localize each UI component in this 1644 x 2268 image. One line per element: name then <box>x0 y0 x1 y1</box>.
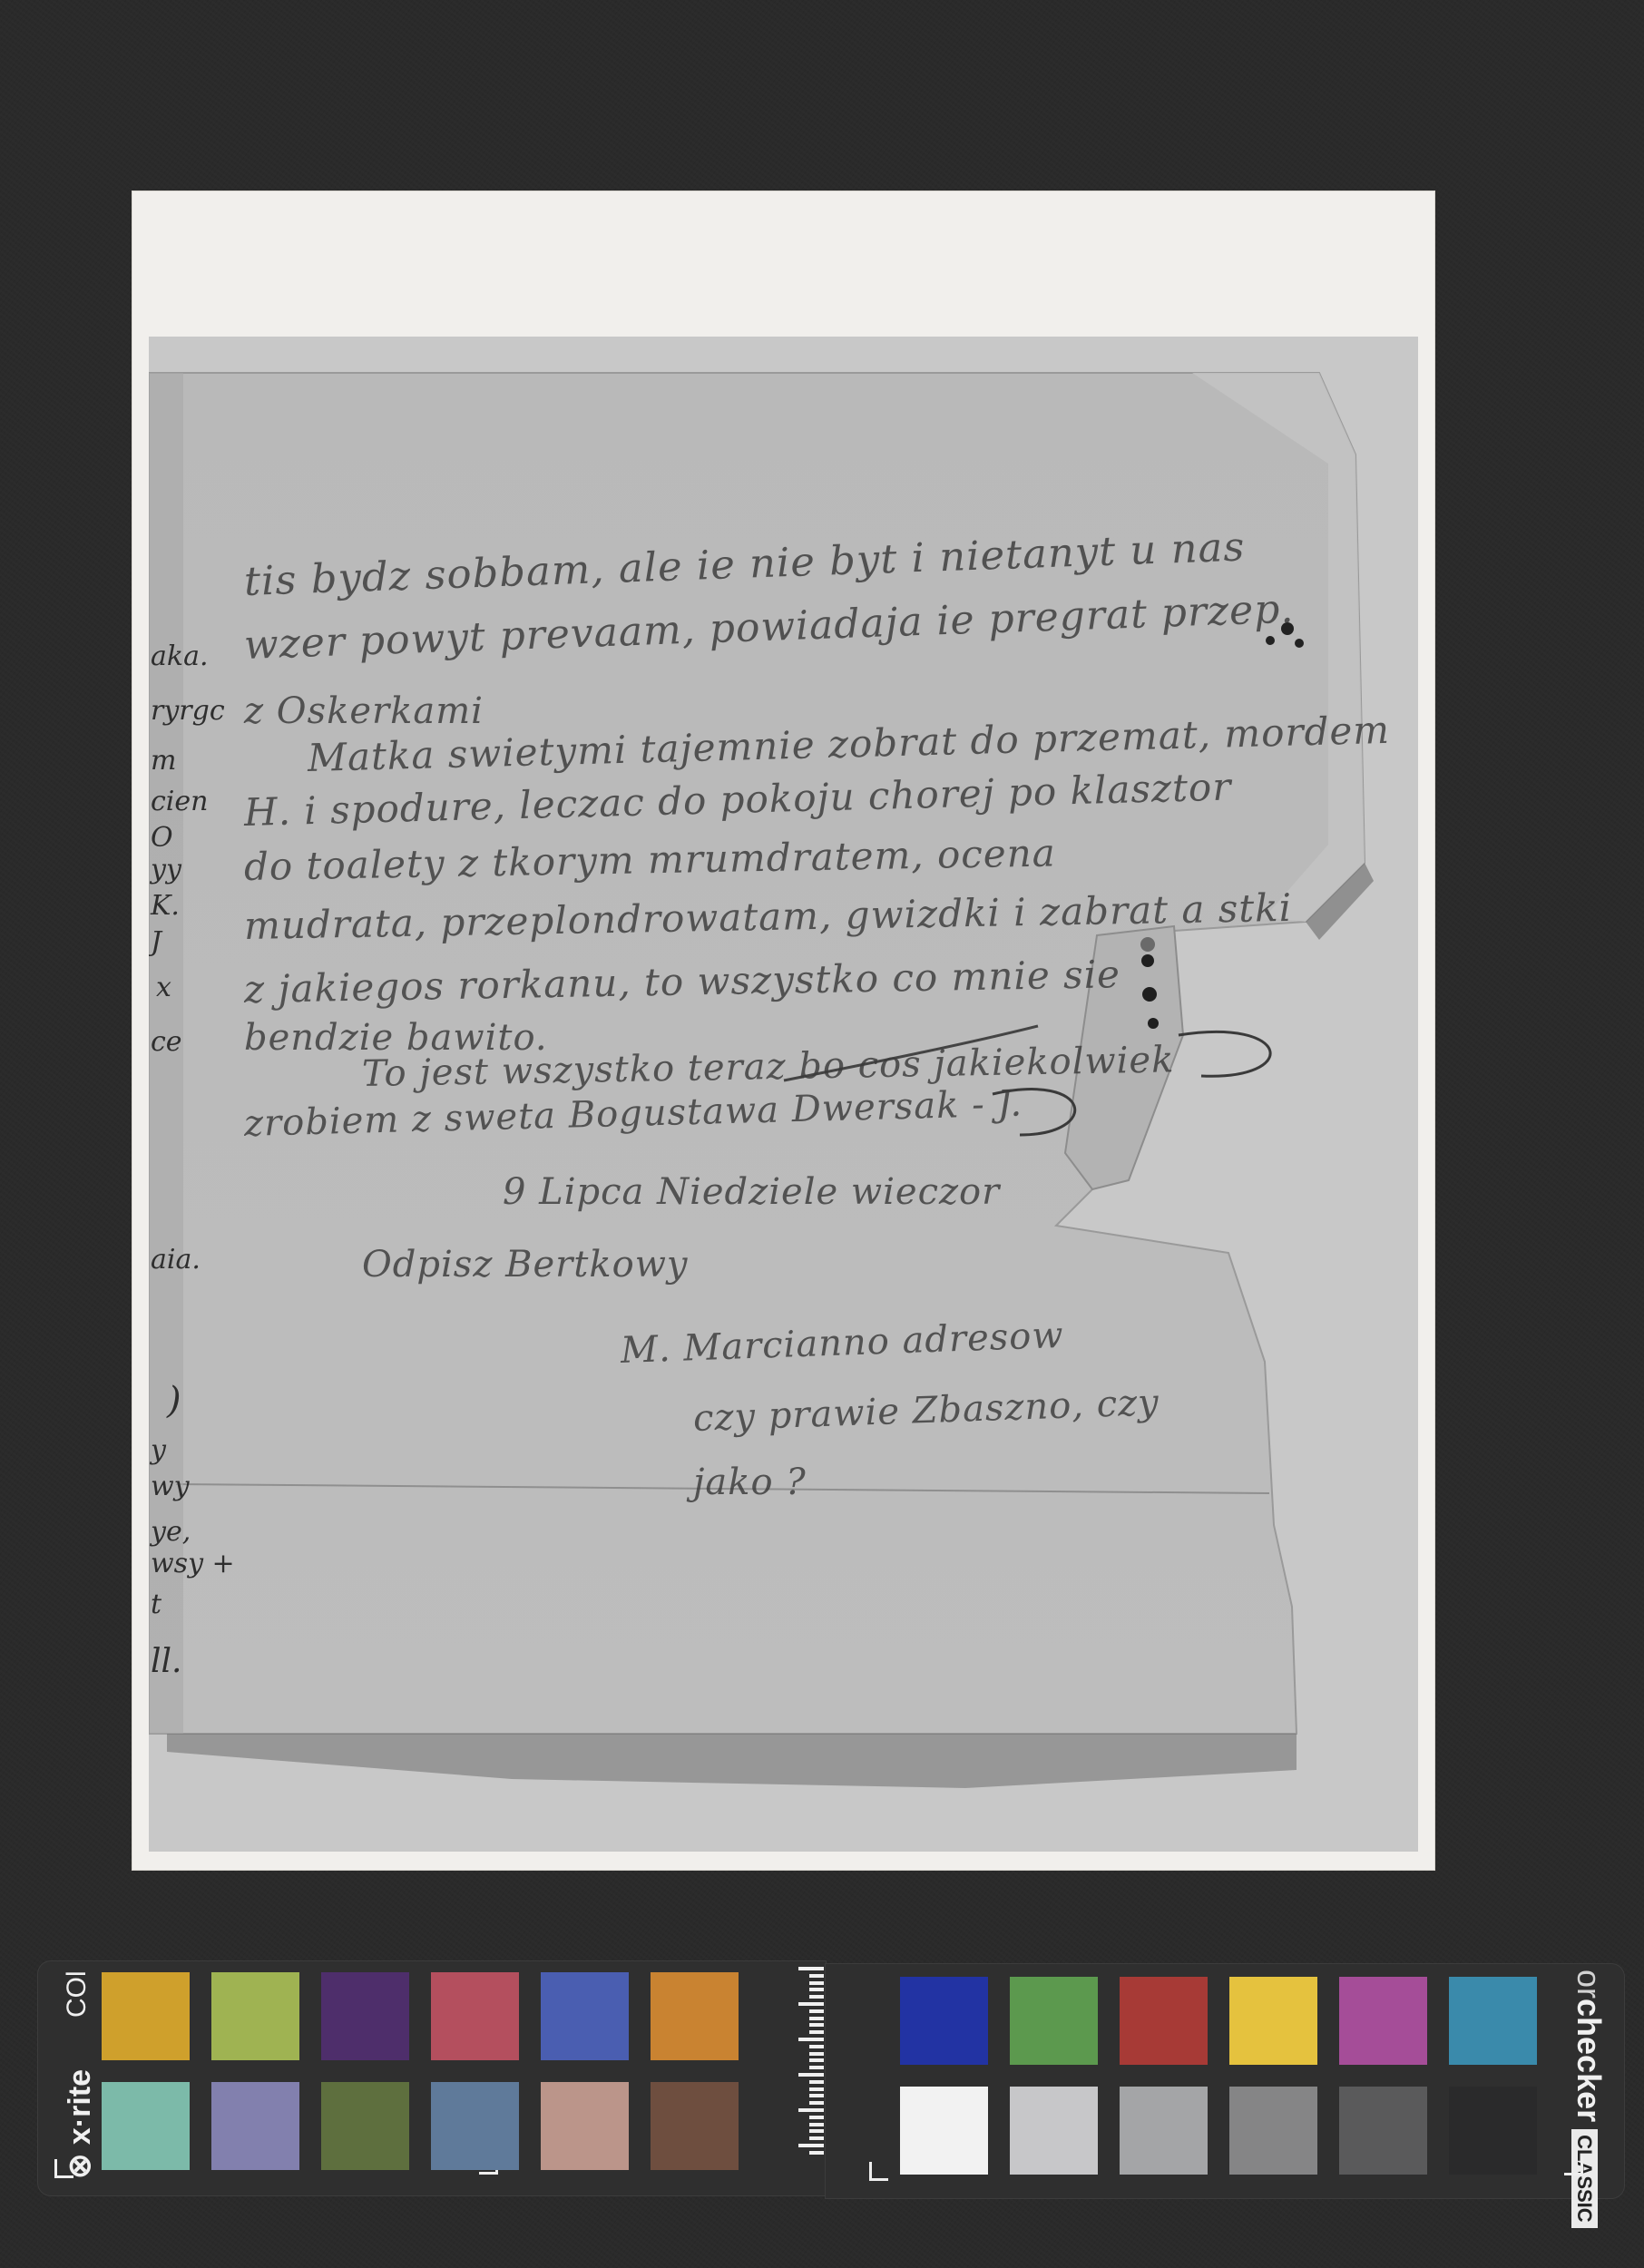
ruler-tick <box>809 1988 824 1991</box>
color-swatch <box>102 1972 190 2060</box>
ruler-tick <box>809 2017 824 2020</box>
postscript-line-3: jako ? <box>693 1461 807 1503</box>
margin-fragment: aia. <box>151 1244 201 1276</box>
color-swatch <box>1449 2087 1537 2175</box>
margin-fragment: ) <box>167 1380 181 1422</box>
crop-mark-icon <box>1564 2156 1583 2175</box>
margin-fragment: O <box>151 822 173 854</box>
ruler-tick <box>798 1967 824 1970</box>
color-swatch <box>900 1977 988 2065</box>
ruler-tick <box>809 1981 824 1985</box>
margin-fragment: wsy + <box>151 1548 235 1579</box>
color-swatch <box>900 2087 988 2175</box>
card-side-label: COl <box>62 1970 93 2018</box>
ruler-tick <box>809 2052 824 2056</box>
color-checker-right-card: orcheckerCLASSIC <box>826 1964 1624 2198</box>
color-swatch <box>1449 1977 1537 2065</box>
color-swatch <box>1120 2087 1208 2175</box>
margin-fragment: ce <box>151 1026 182 1058</box>
letter-photograph: tis bydz sobbam, ale ie nie byt i nietan… <box>149 337 1418 1852</box>
letter-signature: Odpisz Bertkowy <box>362 1244 689 1286</box>
margin-fragment: yy <box>151 854 181 885</box>
ruler-tick <box>809 2066 824 2069</box>
letter-line-3: z Oskerkami <box>244 690 484 732</box>
color-swatch <box>541 2082 629 2170</box>
ruler-tick <box>809 2058 824 2062</box>
ruler-tick <box>809 2087 824 2091</box>
color-swatch <box>1010 2087 1098 2175</box>
xrite-brand-label: x·rite <box>63 2069 97 2145</box>
crop-mark-icon <box>54 2159 73 2178</box>
classic-badge: CLASSIC <box>1571 2129 1598 2228</box>
color-swatch <box>1229 1977 1317 2065</box>
color-swatch <box>211 2082 299 2170</box>
ruler-tick <box>798 2073 824 2077</box>
checker-brand-label: checker <box>1571 1999 1608 2122</box>
color-checker-left-card: COl ⊗ x·rite <box>38 1961 826 2195</box>
ruler-tick <box>809 2136 824 2140</box>
color-swatch <box>1339 2087 1427 2175</box>
ruler-tick <box>798 2144 824 2147</box>
margin-fragment: J <box>151 926 161 958</box>
ruler-tick <box>798 2108 824 2112</box>
color-swatch <box>431 1972 519 2060</box>
color-swatch <box>1120 1977 1208 2065</box>
margin-fragment: x <box>156 972 171 1003</box>
color-swatch <box>1010 1977 1098 2065</box>
ruler-tick <box>809 2094 824 2097</box>
ruler-tick <box>798 2038 824 2041</box>
color-swatch <box>1339 1977 1427 2065</box>
ruler-tick <box>809 2101 824 2105</box>
margin-fragment: ye, <box>151 1516 191 1548</box>
checker-brand-prefix: or <box>1571 1970 1608 1999</box>
margin-fragment: aka. <box>151 640 209 672</box>
margin-fragment: y <box>151 1434 166 1466</box>
ruler-tick <box>809 2045 824 2048</box>
margin-fragment: ll. <box>151 1643 181 1680</box>
ruler-tick <box>798 2002 824 2006</box>
margin-fragment: wy <box>151 1471 190 1502</box>
ruler-tick <box>809 2116 824 2119</box>
color-swatch <box>321 1972 409 2060</box>
photo-print: tis bydz sobbam, ale ie nie byt i nietan… <box>132 191 1434 1870</box>
ruler-tick <box>809 1995 824 1999</box>
ruler-tick <box>809 1974 824 1978</box>
color-swatch <box>651 1972 739 2060</box>
margin-fragment: K. <box>151 890 180 922</box>
color-swatch <box>1229 2087 1317 2175</box>
color-swatch <box>321 2082 409 2170</box>
color-swatch <box>431 2082 519 2170</box>
margin-fragment: t <box>151 1589 161 1620</box>
crop-mark-icon <box>869 2162 888 2181</box>
checker-brand: orcheckerCLASSIC <box>1570 1970 1608 2228</box>
color-swatch <box>541 1972 629 2060</box>
ruler-tick <box>809 2080 824 2084</box>
color-swatch <box>102 2082 190 2170</box>
color-swatch <box>651 2082 739 2170</box>
margin-fragment: cien <box>151 786 208 817</box>
letter-date: 9 Lipca Niedziele wieczor <box>503 1171 1000 1213</box>
margin-fragment: ryrgc <box>151 695 225 727</box>
ruler-tick <box>809 2023 824 2027</box>
ruler-tick <box>809 2030 824 2034</box>
ruler-tick <box>809 2009 824 2013</box>
margin-fragment: m <box>151 745 176 777</box>
color-swatch <box>211 1972 299 2060</box>
ruler-tick <box>809 2129 824 2133</box>
ruler-tick <box>809 2151 824 2155</box>
ruler-tick <box>809 2123 824 2126</box>
